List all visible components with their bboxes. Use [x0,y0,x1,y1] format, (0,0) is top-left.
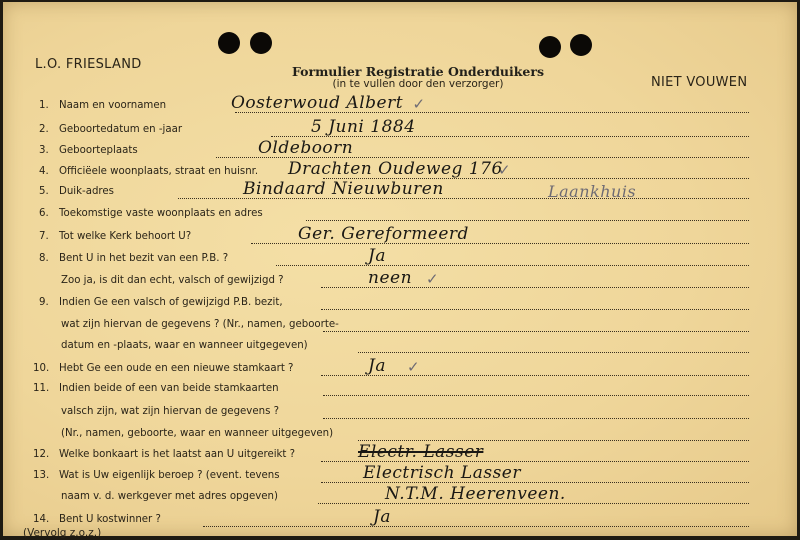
punch-hole [218,32,240,54]
pencil-annotation: Laankhuis [548,182,636,201]
form-subtitle: (in te vullen door den verzorger) [279,78,557,90]
question-label: Geboorteplaats [59,145,138,156]
question-label: Bent U in het bezit van een P.B. ? [59,253,228,264]
question-number: 10. [33,363,49,374]
handwritten-answer: Ja [368,246,386,266]
handwritten-answer: 5 Juni 1884 [311,117,416,137]
answer-line[interactable] [321,309,749,310]
question-label: Tot welke Kerk behoort U? [59,231,191,242]
question-label: Duik-adres [59,186,114,197]
answer-line[interactable] [323,418,749,419]
answer-line[interactable] [276,265,749,266]
answer-line[interactable] [358,352,749,353]
check-mark-icon: ✓ [498,161,511,179]
question-label: Welke bonkaart is het laatst aan U uitge… [59,449,295,460]
punch-hole [570,34,592,56]
question-number: 13. [33,470,49,481]
question-number: 8. [39,253,49,264]
question-label: Officiëele woonplaats, straat en huisnr. [59,166,258,177]
handwritten-answer: Oosterwoud Albert [231,93,403,113]
handwritten-answer: N.T.M. Heerenveen. [385,484,566,504]
do-not-fold-notice: NIET VOUWEN [651,75,747,90]
punch-hole [250,32,272,54]
handwritten-answer: Ja [373,507,391,527]
handwritten-answer: Ger. Gereformeerd [298,224,469,244]
form-title: Formulier Registratie Onderduikers [279,64,557,79]
answer-line[interactable] [323,331,749,332]
handwritten-answer: Ja [368,356,386,376]
handwritten-answer: Bindaard Nieuwburen [243,179,444,199]
question-number: 4. [39,166,49,177]
question-label: Zoo ja, is dit dan echt, valsch of gewij… [61,275,284,286]
question-number: 3. [39,145,49,156]
question-label: Indien beide of een van beide stamkaarte… [59,383,279,394]
punch-hole [539,36,561,58]
question-label: naam v. d. werkgever met adres opgeven) [61,491,278,502]
question-label: (Nr., namen, geboorte, waar en wanneer u… [61,428,333,439]
question-label: datum en -plaats, waar en wanneer uitgeg… [61,340,308,351]
question-label: Hebt Ge een oude en een nieuwe stamkaart… [59,363,293,374]
check-mark-icon: ✓ [413,95,426,113]
question-number: 5. [39,186,49,197]
check-mark-icon: ✓ [426,270,439,288]
handwritten-answer: Electrisch Lasser [363,463,521,483]
question-label: Bent U kostwinner ? [59,514,161,525]
answer-line[interactable] [203,526,749,527]
handwritten-answer: neen [368,268,412,288]
question-number: 9. [39,297,49,308]
check-mark-icon: ✓ [407,358,420,376]
question-number: 2. [39,124,49,135]
question-number: 14. [33,514,49,525]
question-label: wat zijn hiervan de gegevens ? (Nr., nam… [61,319,339,330]
organization-label: L.O. FRIESLAND [35,57,142,72]
question-label: Naam en voornamen [59,100,166,111]
registration-form: L.O. FRIESLAND Formulier Registratie Ond… [3,2,797,536]
question-label: Toekomstige vaste woonplaats en adres [59,208,263,219]
question-number: 12. [33,449,49,460]
question-label: Wat is Uw eigenlijk beroep ? (event. tev… [59,470,280,481]
question-number: 7. [39,231,49,242]
answer-line[interactable] [358,440,749,441]
continued-overleaf-note: (Vervolg z.o.z.) [23,527,101,539]
answer-line[interactable] [323,395,749,396]
handwritten-answer: Drachten Oudeweg 176 [288,159,503,179]
question-number: 11. [33,383,49,394]
handwritten-answer: Oldeboorn [258,138,353,158]
answer-line[interactable] [306,220,749,221]
handwritten-answer: Electr. Lasser [358,442,483,462]
question-label: valsch zijn, wat zijn hiervan de gegeven… [61,406,279,417]
question-label: Geboortedatum en -jaar [59,124,182,135]
question-label: Indien Ge een valsch of gewijzigd P.B. b… [59,297,283,308]
question-number: 1. [39,100,49,111]
question-number: 6. [39,208,49,219]
